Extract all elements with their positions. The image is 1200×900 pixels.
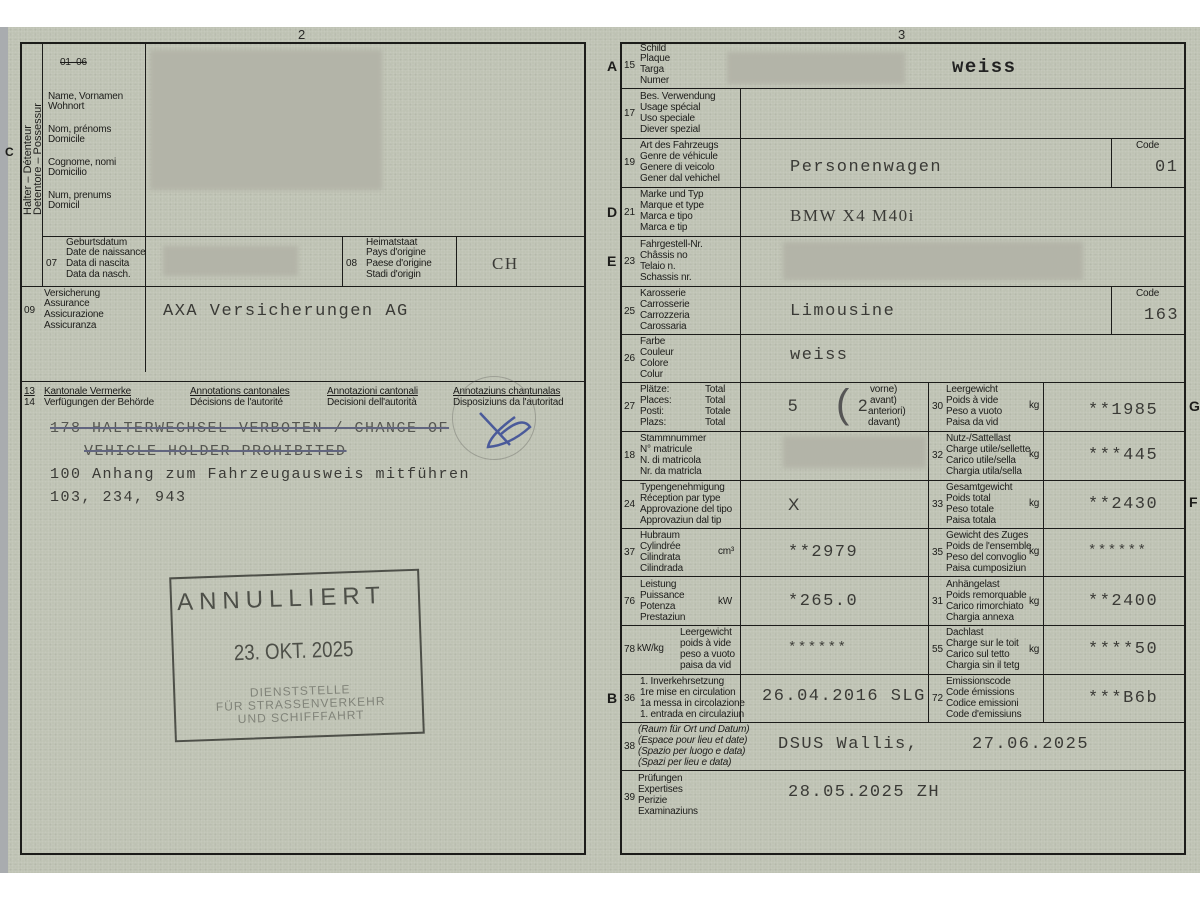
issue-date-value: 27.06.2025 bbox=[972, 735, 1089, 754]
emission-code-value: ***B6b bbox=[1088, 689, 1158, 708]
stamp-date: 23. OKT. 2025 bbox=[233, 636, 353, 666]
side-letter-e: E bbox=[607, 253, 616, 269]
trailer-load-value: **2400 bbox=[1088, 592, 1158, 611]
side-letter-g: G bbox=[1189, 398, 1200, 414]
power-weight-value: ****** bbox=[788, 640, 847, 656]
issue-place-value: DSUS Wallis, bbox=[778, 735, 918, 754]
holder-vertical-label-2: Detentore – Possessur bbox=[33, 103, 44, 215]
body-code: 163 bbox=[1144, 306, 1179, 325]
stamp-title: ANNULLIERT bbox=[177, 582, 387, 617]
redacted-plate bbox=[727, 52, 905, 84]
side-letter-b: B bbox=[607, 690, 617, 706]
vehicle-type-value: Personenwagen bbox=[790, 158, 942, 177]
annotation-line-1: 100 Anhang zum Fahrzeugausweis mitführen bbox=[50, 466, 470, 483]
plate-color-value: weiss bbox=[952, 56, 1017, 78]
struck-annotation-1: 178 HALTERWECHSEL VERBOTEN / CHANGE OF bbox=[50, 420, 449, 437]
field-number: 01–06 bbox=[60, 58, 87, 69]
vehicle-type-code: 01 bbox=[1155, 158, 1178, 177]
page-number-right: 3 bbox=[898, 27, 905, 42]
redacted-master-number bbox=[783, 436, 926, 468]
side-letter-c: C bbox=[5, 145, 14, 159]
first-registration-value: 26.04.2016 SLG bbox=[762, 687, 926, 706]
side-letter-a: A bbox=[607, 58, 617, 74]
body-value: Limousine bbox=[790, 302, 895, 321]
roof-load-value: ****50 bbox=[1088, 640, 1158, 659]
redacted-holder-name bbox=[150, 50, 382, 190]
power-value: *265.0 bbox=[788, 592, 858, 611]
redacted-chassis bbox=[783, 242, 1083, 280]
side-letter-d: D bbox=[607, 204, 617, 220]
payload-value: ***445 bbox=[1088, 446, 1158, 465]
inspection-value: 28.05.2025 ZH bbox=[788, 783, 940, 802]
displacement-value: **2979 bbox=[788, 543, 858, 562]
side-letter-f: F bbox=[1189, 494, 1198, 510]
color-value: weiss bbox=[790, 346, 849, 365]
gross-weight-value: **2430 bbox=[1088, 495, 1158, 514]
type-approval-value: X bbox=[788, 495, 801, 515]
make-model-value: BMW X4 M40i bbox=[790, 206, 915, 226]
page-number-left: 2 bbox=[298, 27, 305, 42]
empty-weight-value: **1985 bbox=[1088, 401, 1158, 420]
stamp-authority: DIENSTSTELLE FÜR STRASSENVERKEHR UND SCH… bbox=[195, 681, 406, 727]
train-weight-value: ****** bbox=[1088, 543, 1147, 559]
annotation-line-2: 103, 234, 943 bbox=[50, 489, 187, 506]
redacted-birthdate bbox=[163, 246, 298, 276]
annulled-stamp: ANNULLIERT 23. OKT. 2025 DIENSTSTELLE FÜ… bbox=[169, 569, 425, 743]
struck-annotation-2: VEHICLE HOLDER PROHIBITED bbox=[84, 443, 347, 460]
country-value: CH bbox=[492, 254, 519, 274]
signature-icon bbox=[470, 405, 540, 455]
insurance-value: AXA Versicherungen AG bbox=[163, 302, 409, 321]
seats-total-value: 5 bbox=[788, 396, 799, 416]
